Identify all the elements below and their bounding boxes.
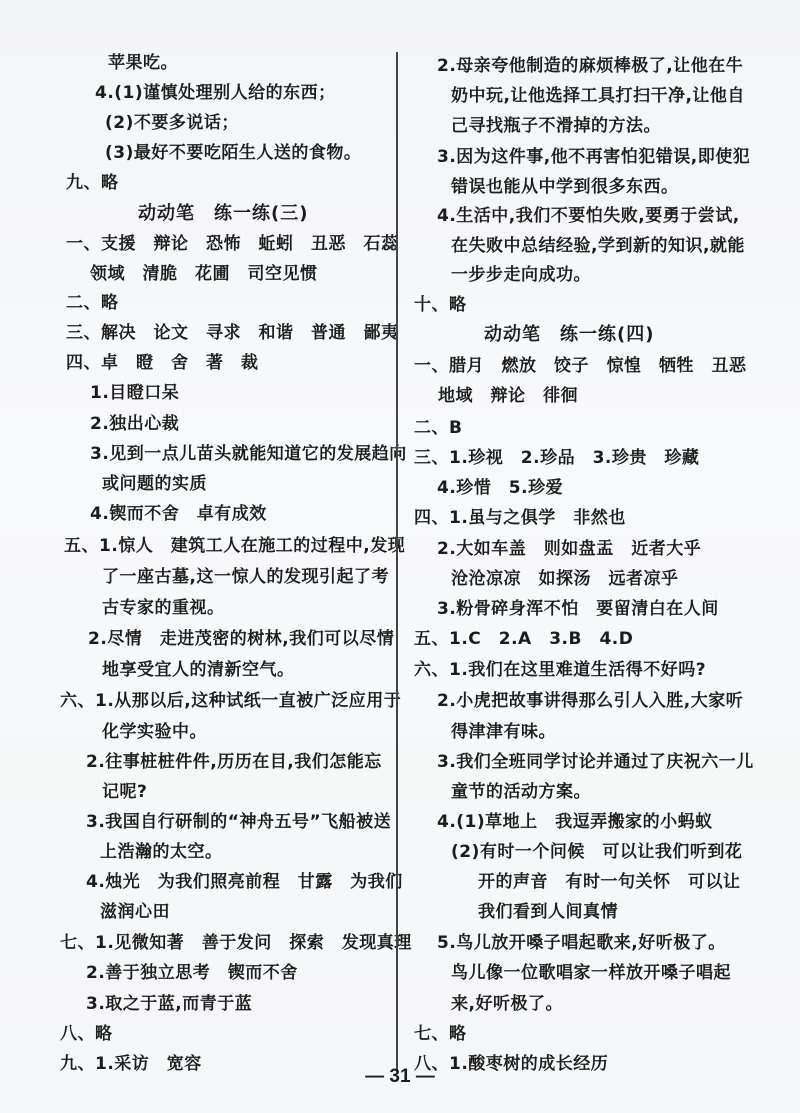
- answer-line: 5.鸟儿放开嗓子唱起歌来,好听极了。: [437, 932, 726, 954]
- answer-line: 2.小虎把故事讲得那么引人入胜,大家听: [437, 690, 743, 712]
- answer-line: 3.我国自行研制的“神舟五号”飞船被送: [86, 811, 391, 833]
- answer-line: 上浩瀚的太空。: [100, 841, 223, 863]
- answer-line: 五、1.C 2.A 3.B 4.D: [414, 628, 633, 650]
- answer-line: 化学实验中。: [102, 721, 207, 743]
- answer-line: 沧沧凉凉 如探汤 远者凉乎: [451, 568, 679, 590]
- answer-line: 一、腊月 燃放 饺子 惊惶 牺牲 丑恶: [414, 355, 747, 377]
- answer-line: 七、略: [414, 1023, 467, 1045]
- answer-line: 4.(1)草地上 我逗弄搬家的小蚂蚁: [437, 811, 713, 833]
- answer-line: 或问题的实质: [102, 473, 207, 495]
- answer-line: 三、1.珍视 2.珍品 3.珍贵 珍藏: [414, 447, 699, 469]
- answer-line: 2.往事桩桩件件,历历在目,我们怎能忘: [86, 751, 382, 773]
- answer-line: 九、略: [66, 172, 119, 194]
- answer-line: 2.母亲夸他制造的麻烦棒极了,让他在牛: [437, 55, 743, 77]
- answer-line: 错误也能从中学到很多东西。: [451, 176, 679, 198]
- answer-line: 滋润心田: [100, 901, 170, 923]
- answer-line: 得津津有味。: [451, 721, 556, 743]
- answer-line: 一、支援 辩论 恐怖 蚯蚓 丑恶 石蕊: [66, 233, 399, 255]
- answer-line: 奶中玩,让他选择工具打扫干净,让他自: [451, 85, 745, 107]
- answer-line: 来,好听极了。: [451, 993, 563, 1015]
- answer-line: 1.目瞪口呆: [90, 382, 179, 404]
- answer-line: 六、1.我们在这里难道生活得不好吗?: [414, 659, 706, 681]
- answer-line: 了一座古墓,这一惊人的发现引起了考: [102, 566, 389, 588]
- answer-line: 八、略: [60, 1023, 113, 1045]
- section-title: 动动笔 练一练(四): [484, 324, 654, 346]
- answer-line: 4.锲而不舍 卓有成效: [90, 503, 267, 525]
- answer-line: 己寻找瓶子不滑掉的方法。: [451, 115, 661, 137]
- answer-line: 二、略: [66, 292, 119, 314]
- answer-line: 鸟儿像一位歌唱家一样放开嗓子唱起: [451, 962, 731, 984]
- answer-line: 三、解决 论文 寻求 和谐 普通 鄙夷: [66, 322, 399, 344]
- answer-line: 古专家的重视。: [102, 597, 225, 619]
- answer-line: 五、1.惊人 建筑工人在施工的过程中,发现: [64, 535, 405, 557]
- answer-line: 4.烛光 为我们照亮前程 甘露 为我们: [86, 871, 403, 893]
- answer-line: 记呢?: [102, 781, 147, 803]
- answer-line: 2.独出心裁: [90, 413, 179, 435]
- column-divider: [396, 52, 398, 1070]
- answer-line: 2.善于独立思考 锲而不舍: [86, 962, 298, 984]
- answer-line: (2)有时一个问候 可以让我们听到花: [451, 841, 742, 863]
- answer-line: 童节的活动方案。: [451, 781, 591, 803]
- answer-line: (3)最好不要吃陌生人送的食物。: [105, 142, 361, 164]
- answer-line: 3.我们全班同学讨论并通过了庆祝六一儿: [437, 751, 754, 773]
- answer-line: 4.(1)谨慎处理别人给的东西；: [95, 82, 336, 104]
- answer-line: 我们看到人间真情: [478, 901, 618, 923]
- answer-line: 四、卓 瞪 舍 著 裁: [66, 352, 259, 374]
- answer-line: 十、略: [414, 294, 467, 316]
- answer-line: 领域 清脆 花圃 司空见惯: [90, 263, 318, 285]
- answer-line: 4.珍惜 5.珍爱: [437, 477, 563, 499]
- answer-line: 开的声音 有时一句关怀 可以让: [478, 871, 741, 893]
- page-number: — 31 —: [0, 1066, 800, 1088]
- answer-line: 3.取之于蓝,而青于蓝: [86, 993, 252, 1015]
- answer-line: 2.大如车盖 则如盘盂 近者大乎: [437, 538, 701, 560]
- answer-line: (2)不要多说话；: [105, 112, 239, 134]
- answer-line: 四、1.虽与之俱学 非然也: [414, 507, 626, 529]
- answer-line: 七、1.见微知著 善于发问 探索 发现真理: [60, 932, 412, 954]
- answer-line: 2.尽情 走进茂密的树林,我们可以尽情: [88, 628, 394, 650]
- answer-line: 3.粉骨碎身浑不怕 要留清白在人间: [437, 598, 719, 620]
- answer-line: 二、B: [414, 417, 462, 439]
- answer-line: 地享受宜人的清新空气。: [102, 659, 295, 681]
- answer-key-page: 苹果吃。4.(1)谨慎处理别人给的东西；(2)不要多说话；(3)最好不要吃陌生人…: [0, 0, 800, 1113]
- answer-line: 苹果吃。: [108, 52, 178, 74]
- answer-line: 在失败中总结经验,学到新的知识,就能: [451, 235, 745, 257]
- answer-line: 地域 辩论 徘徊: [438, 385, 578, 407]
- answer-line: 3.因为这件事,他不再害怕犯错误,即使犯: [437, 146, 750, 168]
- answer-line: 4.生活中,我们不要怕失败,要勇于尝试,: [437, 205, 740, 227]
- section-title: 动动笔 练一练(三): [138, 203, 308, 225]
- answer-line: 一步步走向成功。: [451, 264, 591, 286]
- answer-line: 六、1.从那以后,这种试纸一直被广泛应用于: [60, 690, 401, 712]
- answer-line: 3.见到一点儿苗头就能知道它的发展趋向: [90, 443, 407, 465]
